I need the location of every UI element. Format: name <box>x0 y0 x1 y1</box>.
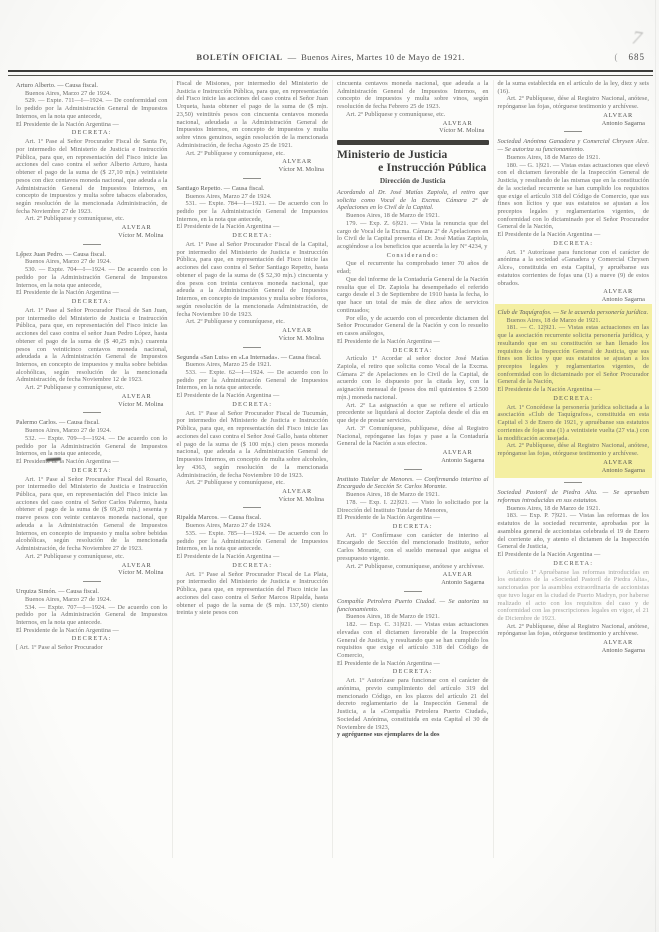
text-block: Fiscal de Misiones, por intermedio del M… <box>177 80 329 150</box>
text-block: El Presidente de la Nación Argentina — <box>16 121 168 129</box>
text-block: Buenos Aires, 18 de Marzo de 1921. <box>337 613 489 621</box>
page-number: 685 <box>615 52 646 62</box>
text-block: Art. 2º Publíquese, comuníquese, anótese… <box>337 563 489 571</box>
text-block: Buenos Aires, 18 de Marzo de 1921. <box>498 317 650 325</box>
block-separator <box>16 577 168 586</box>
masthead-separator: — <box>288 52 297 62</box>
text-block: Art. 2º Publíquese y comuníquese, etc. <box>16 553 168 561</box>
column-1: Arturo Alberto. — Causa fiscal.Buenos Ai… <box>12 80 172 858</box>
signature: ALVEAR <box>177 488 329 496</box>
signature: Antonio Sagarna <box>337 457 489 465</box>
text-block: Que el recurrente ha comprobado tener 70… <box>337 260 489 275</box>
signature: Víctor M. Molina <box>16 401 168 409</box>
signature: Víctor M. Molina <box>16 569 168 577</box>
block-separator <box>337 465 489 474</box>
text-block: Art. 1º Concédese la personería jurídica… <box>498 404 650 443</box>
scan-edge-line <box>655 0 656 932</box>
text-block: Art. 2º Publíquese y comuníquese, etc. <box>177 150 329 158</box>
signature: Antonio Sagarna <box>498 467 650 475</box>
text-block: El Presidente de la Nación Argentina — <box>177 553 329 561</box>
text-block: 178. — Exp. I. 22|921. — Visto lo solici… <box>337 499 489 514</box>
text-block: Art. 1º Pase al Señor Procurador Fiscal … <box>16 476 168 553</box>
block-separator <box>498 478 650 487</box>
text-block: El Presidente de la Nación Argentina — <box>16 458 168 466</box>
text-block: Art. 1º Pase al Señor Procurador Fiscal … <box>177 410 329 480</box>
text-block: El Presidente de la Nación Argentina — <box>498 231 650 239</box>
text-block: Art. 2º Publíquese y comuníquese, etc. <box>177 479 329 487</box>
signature: Antonio Sagarna <box>337 579 489 587</box>
text-block: DECRETA: <box>16 635 168 643</box>
case-heading: Ripalda Marcos. — Causa fiscal. <box>177 514 329 522</box>
text-block: Art. 2º Publíquese y comuníquese, etc. <box>177 318 329 326</box>
text-block: 531. — Expte. 784—I—1921. — De acuerdo c… <box>177 200 329 223</box>
signature: ALVEAR <box>337 120 489 128</box>
case-heading: Segunda «San Luis» en «La Internada». — … <box>177 354 329 362</box>
masthead-place-date: Buenos Aires, Martes 10 de Mayo de 1921. <box>301 52 465 62</box>
case-heading: Santiago Repetto. — Causa fiscal. <box>177 185 329 193</box>
text-block: El Presidente de la Nación Argentina — <box>498 551 650 559</box>
block-separator <box>16 408 168 417</box>
column-2: Fiscal de Misiones, por intermedio del M… <box>172 80 333 858</box>
text-block: DECRETA: <box>337 668 489 676</box>
text-block: Art. 2º Publíquese y comuníquese, etc. <box>16 215 168 223</box>
text-block: Buenos Aires, 18 de Marzo de 1921. <box>498 505 650 513</box>
text-block: DECRETA: <box>16 467 168 475</box>
text-block: Art. 2º Publíquese, dése al Registro Nac… <box>498 95 650 110</box>
signature: ALVEAR <box>177 327 329 335</box>
masthead-title: BOLETÍN OFICIAL <box>196 52 282 62</box>
text-block: Art. 1º Pase al Señor Procurador Fiscal … <box>177 241 329 318</box>
signature: Antonio Sagarna <box>498 296 650 304</box>
text-block: 533. — Expte. 62—I—1924. — De acuerdo co… <box>177 369 329 392</box>
text-block: Buenos Aires, Marzo 27 de 1924. <box>177 193 329 201</box>
text-block: 181. — C. 12|921. — Vistas estas actuaci… <box>498 324 650 386</box>
text-block: Que del informe de la Contaduría General… <box>337 276 489 315</box>
text-block: 529. — Expte. 711—I—1924. — De conformid… <box>16 97 168 120</box>
text-block: de la suma establecida en el artículo de… <box>498 80 650 95</box>
highlighted-decree: Club de Taquígrafos. — Se le acuerda per… <box>495 304 653 478</box>
text-block: DECRETA: <box>16 298 168 306</box>
case-heading: López Juan Pedro. — Causa fiscal. <box>16 251 168 259</box>
text-block: cincuenta centavos moneda nacional, que … <box>337 80 489 111</box>
text-block: Art. 1º Autorízase para funcionar con el… <box>337 677 489 731</box>
text-block: El Presidente de la Nación Argentina — <box>177 392 329 400</box>
text-block: Buenos Aires, 18 de Marzo de 1921. <box>337 491 489 499</box>
section-heavy-rule <box>337 140 489 145</box>
text-block: Buenos Aires, 18 de Marzo de 1921. <box>498 154 650 162</box>
text-block: Artículo 1º Acordar al señor doctor José… <box>337 355 489 401</box>
text-block: Art. 3º Comuníquese, publíquese, dése al… <box>337 425 489 448</box>
signature: Víctor M. Molina <box>16 232 168 240</box>
section-title: e Instrucción Pública <box>337 162 489 175</box>
text-block: Buenos Aires, Marzo 27 de 1924. <box>16 596 168 604</box>
text-block: El Presidente de la Nación Argentina — <box>16 289 168 297</box>
page-header: BOLETÍN OFICIAL — Buenos Aires, Martes 1… <box>10 52 651 66</box>
text-block: 183. — Exp. P. 7|921. — Vistas las refor… <box>498 512 650 551</box>
text-block: DECRETA: <box>337 347 489 355</box>
text-block: 534. — Expte. 707—I—1924. — De acuerdo c… <box>16 604 168 627</box>
text-block: 532. — Expte. 709—I—1924. — De acuerdo c… <box>16 435 168 458</box>
text-block: Art. 2º Publíquese y comuníquese, etc. <box>337 111 489 119</box>
text-block: Artículo 1º Apruébanse las reformas intr… <box>498 569 650 623</box>
text-block: Buenos Aires, Marzo 27 de 1924. <box>16 427 168 435</box>
text-block: Buenos Aires, Marzo 27 de 1924. <box>16 258 168 266</box>
text-block: Art. 2º Publíquese y comuníquese, etc. <box>16 384 168 392</box>
text-block: Buenos Aires, Marzo 27 de 1924. <box>16 90 168 98</box>
signature: ALVEAR <box>498 459 650 467</box>
text-block: El Presidente de la Nación Argentina — <box>337 660 489 668</box>
signature: ALVEAR <box>16 224 168 232</box>
signature: ALVEAR <box>337 571 489 579</box>
pencil-mark: 7 <box>630 27 643 50</box>
text-block: DECRETA: <box>177 562 329 570</box>
text-block: Art. 1º Pase al Señor Procurador Fiscal … <box>16 138 168 215</box>
text-block: DECRETA: <box>337 523 489 531</box>
text-block: Buenos Aires, Marzo 25 de 1921. <box>177 361 329 369</box>
case-heading: Sociedad Anónima Ganadera y Comercial Ch… <box>498 138 650 153</box>
text-block: 530. — Expte. 704—I—1924. — De acuerdo c… <box>16 266 168 289</box>
header-rule <box>8 70 653 76</box>
block-separator <box>177 343 329 352</box>
text-block: 182. — Exp. C. 31|921. — Vistas estas ac… <box>337 621 489 660</box>
text-block: El Presidente de la Nación Argentina — <box>337 514 489 522</box>
block-separator <box>498 127 650 136</box>
text-block: Buenos Aires, Marzo 27 de 1924. <box>177 522 329 530</box>
text-block: DECRETA: <box>177 401 329 409</box>
text-block: DECRETA: <box>498 240 650 248</box>
text-block: DECRETA: <box>498 395 650 403</box>
case-heading: Urquiza Simón. — Causa fiscal. <box>16 588 168 596</box>
text-block: DECRETA: <box>16 129 168 137</box>
case-heading: Arturo Alberto. — Causa fiscal. <box>16 82 168 90</box>
gazette-page: BOLETÍN OFICIAL — Buenos Aires, Martes 1… <box>0 0 659 932</box>
signature: Antonio Sagarna <box>498 647 650 655</box>
text-block: y agréguense sus ejemplares de la dos <box>337 731 489 739</box>
signature: ALVEAR <box>498 639 650 647</box>
block-separator <box>16 240 168 249</box>
signature: Víctor M. Molina <box>177 335 329 343</box>
column-3: cincuenta centavos moneda nacional, que … <box>332 80 493 858</box>
signature: Antonio Sagarna <box>498 120 650 128</box>
section-subtitle: Dirección de Justicia <box>337 177 489 186</box>
block-separator <box>177 174 329 183</box>
columns: Arturo Alberto. — Causa fiscal.Buenos Ai… <box>12 80 653 858</box>
text-block: Art. 1º Pase al Señor Procurador Fiscal … <box>16 307 168 384</box>
signature: ALVEAR <box>337 449 489 457</box>
text-block: Considerando: <box>337 252 489 260</box>
signature: Víctor M. Molina <box>177 166 329 174</box>
text-block: Art. 2º La asignación a que se refiere e… <box>337 402 489 425</box>
section-title: Ministerio de Justicia <box>337 149 489 162</box>
signature: Víctor M. Molina <box>337 127 489 135</box>
column-4: de la suma establecida en el artículo de… <box>493 80 654 858</box>
signature: ALVEAR <box>16 393 168 401</box>
text-block: El Presidente de la Nación Argentina — <box>337 338 489 346</box>
case-heading: Club de Taquígrafos. — Se le acuerda per… <box>498 309 650 317</box>
signature: ALVEAR <box>498 288 650 296</box>
text-block: Buenos Aires, 18 de Marzo de 1921. <box>337 212 489 220</box>
case-heading: Palermo Carlos. — Causa fiscal. <box>16 419 168 427</box>
signature: ALVEAR <box>16 562 168 570</box>
text-block: [ Art. 1º Pase al Señor Procurador <box>16 644 168 652</box>
text-block: DECRETA: <box>498 560 650 568</box>
case-heading: Instituto Tutelar de Menores. — Confirma… <box>337 476 489 491</box>
case-heading: Acordando al Dr. José Matías Zapiola, el… <box>337 189 489 212</box>
text-block: 179. — Exp. Z. 6|921. — Vista la renunci… <box>337 220 489 251</box>
text-block: Art. 1º Pase al Señor Procurador Fiscal … <box>177 571 329 617</box>
text-block: 180. — G. 1|921. — Vistas estas actuacio… <box>498 162 650 232</box>
text-block: Art. 1º Confírmase con carácter de inter… <box>337 532 489 563</box>
text-block: El Presidente de la Nación Argentina — <box>16 627 168 635</box>
case-heading: Compañía Petrolera Puerto Ciudad. — Se a… <box>337 598 489 613</box>
text-block: 535. — Expte. 785—I—1924. — De acuerdo c… <box>177 530 329 553</box>
text-block: Art. 2º Publíquese, dése al Registro Nac… <box>498 442 650 457</box>
block-separator <box>177 503 329 512</box>
text-block: Art. 2º Publíquese, dése al Registro Nac… <box>498 623 650 638</box>
text-block: El Presidente de la Nación Argentina — <box>177 223 329 231</box>
signature: ALVEAR <box>498 112 650 120</box>
text-block: Por ello, y de acuerdo con el precedente… <box>337 315 489 338</box>
signature: Víctor M. Molina <box>177 496 329 504</box>
text-block: DECRETA: <box>177 232 329 240</box>
text-block: Art. 1º Autorízase para funcionar con el… <box>498 249 650 288</box>
text-block: El Presidente de la Nación Argentina — <box>498 386 650 394</box>
case-heading: Sociedad Pastoril de Piedra Alta. — Se a… <box>498 489 650 504</box>
signature: ALVEAR <box>177 158 329 166</box>
block-separator <box>337 587 489 596</box>
